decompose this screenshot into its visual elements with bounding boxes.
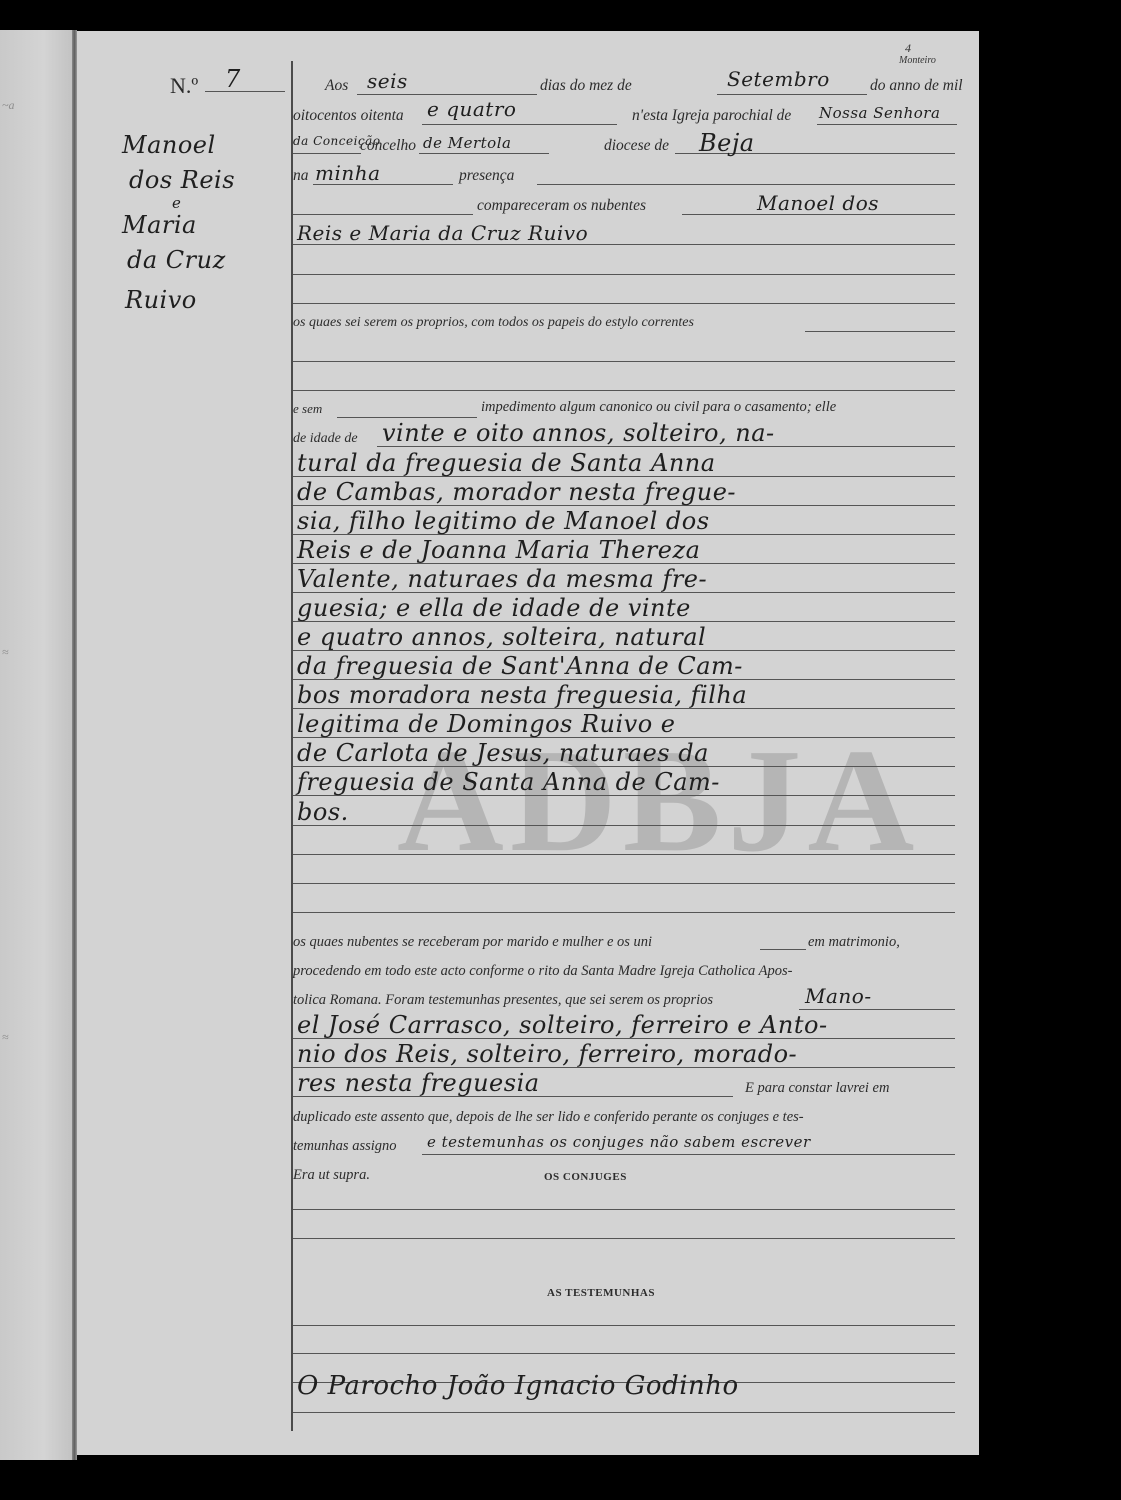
handwritten-line: Valente, naturaes da mesma fre- <box>297 565 707 593</box>
signature-rule <box>293 1209 955 1210</box>
fill-rule <box>293 825 955 826</box>
form-text: presença <box>459 167 514 185</box>
handwritten-text: Mano- <box>805 984 872 1008</box>
fill-rule <box>537 184 955 185</box>
fill-rule <box>293 274 955 275</box>
form-text: diocese de <box>604 137 669 155</box>
margin-note-line: Ruivo <box>125 286 197 314</box>
fill-rule <box>293 214 473 215</box>
handwritten-line: e quatro annos, solteira, natural <box>297 623 706 651</box>
signature-rule <box>293 1238 955 1239</box>
form-text: impedimento algum canonico ou civil para… <box>481 399 836 416</box>
fill-rule <box>293 390 955 391</box>
register-page: ADBJA 4 Monteiro N.º 7 Manoel dos Reis e… <box>77 31 979 1455</box>
section-heading-testemunhas: AS TESTEMUNHAS <box>547 1287 655 1299</box>
folio-annotation: Monteiro <box>899 55 936 66</box>
form-text: duplicado este assento que, depois de lh… <box>293 1109 804 1126</box>
handwritten-line: sia, filho legitimo de Manoel dos <box>297 507 710 535</box>
fill-rule <box>293 854 955 855</box>
fill-rule <box>293 303 955 304</box>
handwritten-parish: Nossa Senhora <box>819 104 940 122</box>
margin-vertical-rule <box>291 61 293 1431</box>
form-text: na <box>293 167 309 185</box>
left-page-ghost-text: ~a <box>2 98 15 113</box>
left-page-ghost-text: ≈ <box>2 645 9 660</box>
signature-rule <box>293 1412 955 1413</box>
handwritten-line: Reis e de Joanna Maria Thereza <box>297 536 700 564</box>
margin-note-line: Manoel <box>122 131 216 159</box>
handwritten-text: e testemunhas os conjuges não sabem escr… <box>427 1133 811 1151</box>
entry-number: 7 <box>225 65 241 93</box>
form-text: tolica Romana. Foram testemunhas present… <box>293 992 713 1009</box>
margin-note-line: e <box>172 194 181 212</box>
handwritten-year: e quatro <box>427 97 516 121</box>
form-text: Aos <box>325 77 348 95</box>
handwritten-line: freguesia de Santa Anna de Cam- <box>297 768 720 796</box>
handwritten-day: seis <box>367 69 408 93</box>
handwritten-diocese: Beja <box>699 129 755 157</box>
priest-signature: O Parocho João Ignacio Godinho <box>297 1371 739 1401</box>
form-text: e sem <box>293 401 322 417</box>
handwritten-line: guesia; e ella de idade de vinte <box>297 594 691 622</box>
signature-rule <box>293 1353 955 1354</box>
form-text: compareceram os nubentes <box>477 197 646 215</box>
fill-rule <box>357 94 537 95</box>
form-text: E para constar lavrei em <box>745 1080 889 1097</box>
margin-note-line: da Cruz <box>127 246 226 274</box>
form-text: concelho <box>360 137 416 155</box>
fill-rule <box>419 153 549 154</box>
fill-rule <box>717 94 867 95</box>
fill-rule <box>293 912 955 913</box>
handwritten-line: de Carlota de Jesus, naturaes da <box>297 739 709 767</box>
handwritten-line: da freguesia de Sant'Anna de Cam- <box>297 652 743 680</box>
fill-rule <box>293 883 955 884</box>
form-text: procedendo em todo este acto conforme o … <box>293 963 793 980</box>
handwritten-witnesses: res nesta freguesia <box>297 1069 540 1097</box>
margin-note-line: Maria <box>122 211 197 239</box>
form-text: dias do mez de <box>540 77 632 95</box>
handwritten-line: de Cambas, morador nesta fregue- <box>297 478 736 506</box>
form-text: oitocentos oitenta <box>293 107 404 125</box>
handwritten-line: tural da freguesia de Santa Anna <box>297 449 716 477</box>
fill-rule <box>760 949 806 950</box>
handwritten-line: legitima de Domingos Ruivo e <box>297 710 676 738</box>
margin-note-line: dos Reis <box>129 166 235 194</box>
fill-rule <box>817 124 957 125</box>
form-text: em matrimonio, <box>808 934 900 951</box>
handwritten-line: bos moradora nesta freguesia, filha <box>297 681 747 709</box>
handwritten-witnesses: el José Carrasco, solteiro, ferreiro e A… <box>297 1011 828 1039</box>
handwritten-names-cont: Reis e Maria da Cruz Ruivo <box>297 221 588 245</box>
signature-rule <box>293 1325 955 1326</box>
handwritten-presence: minha <box>315 161 381 185</box>
fill-rule <box>422 1154 955 1155</box>
section-heading-conjuges: OS CONJUGES <box>544 1171 627 1183</box>
fill-rule <box>293 153 361 154</box>
handwritten-line: bos. <box>297 798 349 826</box>
entry-number-label: N.º <box>170 73 198 99</box>
facing-left-page: ~a ≈ ≈ <box>0 30 73 1460</box>
folio-number: 4 <box>905 41 911 56</box>
handwritten-text: vinte e oito annos, solteiro, na- <box>382 419 775 447</box>
form-text: os quaes nubentes se receberam por marid… <box>293 934 652 951</box>
form-text: do anno de mil <box>870 77 963 95</box>
handwritten-council: de Mertola <box>423 134 511 152</box>
handwritten-names: Manoel dos <box>757 191 879 215</box>
era-ut-supra: Era ut supra. <box>293 1167 370 1184</box>
form-text: de idade de <box>293 431 358 447</box>
entry-number-rule <box>205 91 285 92</box>
form-text: n'esta Igreja parochial de <box>632 107 791 125</box>
form-text: temunhas assigno <box>293 1138 397 1155</box>
form-text: os quaes sei serem os proprios, com todo… <box>293 315 694 331</box>
handwritten-witnesses: nio dos Reis, solteiro, ferreiro, morado… <box>297 1040 797 1068</box>
fill-rule <box>422 124 617 125</box>
fill-rule <box>293 361 955 362</box>
fill-rule <box>805 331 955 332</box>
handwritten-month: Setembro <box>727 67 830 91</box>
left-page-ghost-text: ≈ <box>2 1030 9 1045</box>
